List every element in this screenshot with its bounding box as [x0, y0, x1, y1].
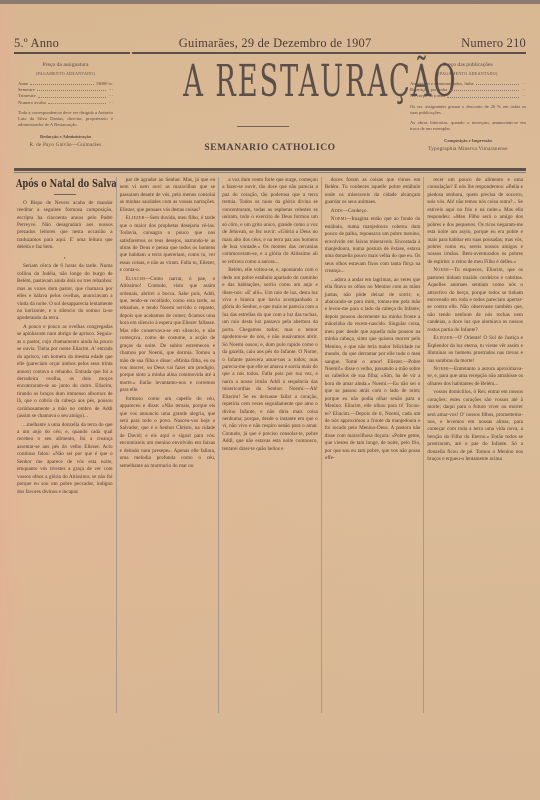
- article-paragraph: Noemi—Entretanto a aurora aproximava-se,…: [427, 366, 523, 388]
- price-label: No corpo do jornal: [410, 93, 445, 99]
- masthead-rule-thick: [14, 168, 526, 171]
- article-paragraph: doces foram as coisas que vimos em Belém…: [325, 177, 421, 207]
- leader-dots: [30, 81, 94, 85]
- article-title: Após o Natal do Salvador: [16, 177, 114, 190]
- subscription-title: Preço da assignatura: [18, 62, 113, 70]
- publications-note-literary: As obras litterarias, quando o mereçam, …: [410, 120, 526, 132]
- article-paragraph: Eliezer—Sem duvida, meu filho, é tarde q…: [120, 215, 216, 275]
- article-paragraph: O Bispo de Nevers acaba de mandar reedit…: [17, 200, 113, 252]
- newspaper-subtitle: SEMANARIO CATHOLICO: [130, 143, 410, 153]
- article-paragraph: Eliacim—Como narrar, ó pae, o Altíssimo!…: [120, 276, 216, 395]
- leader-dots: [447, 93, 520, 97]
- subscription-note: Toda a correspondencia deve ser dirigida…: [18, 110, 113, 129]
- article-column: a voz dum vento forte que surge, começou…: [219, 177, 322, 713]
- article-paragraph: formoso como um capello do céu, apparece…: [120, 396, 216, 470]
- price-row: No corpo do jornal···: [410, 93, 526, 99]
- title-divider: [54, 194, 76, 195]
- section-ornament: ▪: [17, 255, 113, 261]
- publications-box: Preço das publicações (PAGAMENTO ADEANTA…: [410, 62, 526, 153]
- subscription-subtitle: (PAGAMENTO ADEANTADO): [18, 71, 113, 76]
- price-value: ···: [108, 100, 113, 106]
- editorial-address: R. de Payo Galvão—Guimarães: [18, 142, 113, 149]
- speaker-name: Noemi: [433, 267, 448, 273]
- publications-title: Preço das publicações: [410, 62, 526, 70]
- article-columns: Após o Natal do SalvadorO Bispo de Never…: [14, 177, 526, 713]
- article-column: par de agradar ao Senhor. Mas, já que eu…: [117, 177, 220, 713]
- publications-price-list: Annuncios e communicados, linha···Repeti…: [410, 81, 526, 100]
- article-paragraph: ...adora a andar em lagrimas, ao veres q…: [325, 277, 421, 463]
- printing-label: Composição e Impressão: [410, 138, 526, 144]
- newspaper-page: 5.º Anno Guimarães, 29 de Dezembro de 19…: [0, 0, 540, 800]
- leader-dots: [37, 87, 107, 91]
- subscription-box: Preço da assignatura (PAGAMENTO ADEANTAD…: [18, 62, 113, 149]
- article-column: recer um pouco de alimento e uma consola…: [424, 177, 526, 713]
- article-paragraph: a voz dum vento forte que surge, começou…: [222, 177, 318, 266]
- speaker-name: Eliacim: [126, 276, 146, 282]
- editorial-office-label: Redacção e Administração: [18, 134, 113, 140]
- speaker-name: Noemi: [433, 366, 448, 372]
- printer-name: Typographia Minerva Vimaranense: [410, 146, 526, 153]
- issue-date: Guimarães, 29 de Dezembro de 1907: [179, 36, 372, 51]
- dateline-bar: 5.º Anno Guimarães, 29 de Dezembro de 19…: [14, 36, 526, 51]
- leader-dots: [38, 93, 107, 97]
- leader-dots: [449, 87, 519, 91]
- article-paragraph: Noemi—Tu esqueces, Eliacim, que os pasto…: [427, 267, 523, 334]
- issue-number: Numero 210: [461, 36, 526, 51]
- speaker-name: Noemi: [331, 216, 346, 222]
- article-paragraph: ...melhante a uma donzella da terra do q…: [17, 422, 113, 496]
- publications-note-discount: Os srs. assignantes gosam o desconto de …: [410, 104, 526, 116]
- article-paragraph: A pouco e pouco as ovelhas congregadas s…: [17, 324, 113, 421]
- article-paragraph: Seriam cêrca de 6 horas da tarde. Numa c…: [17, 263, 113, 323]
- price-value: ···: [521, 93, 526, 99]
- leader-dots: [476, 81, 520, 85]
- article-paragraph: Belém, elle voltou-se, e, apontando com …: [222, 267, 318, 453]
- subscription-price-list: Anno1$000 rs.Semestre···Trimestre···Nume…: [18, 81, 113, 106]
- article-column: Após o Natal do SalvadorO Bispo de Never…: [14, 177, 117, 713]
- year-label: 5.º Anno: [14, 36, 59, 51]
- article-paragraph: par de agradar ao Senhor. Mas, já que eu…: [120, 177, 216, 214]
- article-paragraph: Eliezer—O' Oriente! O Sol de Justiça e E…: [427, 335, 523, 365]
- article-column: doces foram as coisas que vimos em Belém…: [322, 177, 425, 713]
- masthead-rule-thin: [14, 172, 526, 173]
- title-rule: [237, 126, 289, 127]
- price-label: Numero avulso: [18, 100, 46, 106]
- speaker-name: Eliezer: [126, 215, 145, 221]
- price-row: Numero avulso···: [18, 100, 113, 106]
- article-paragraph: Noemi—Imagina então que ao fundo do está…: [325, 216, 421, 276]
- article-paragraph: Addi—Conheço.: [325, 208, 421, 215]
- scan-edge: [0, 0, 540, 4]
- article-paragraph: vossos domicilios, ó Rei; entrai em noss…: [427, 389, 523, 463]
- publications-subtitle: (PAGAMENTO ADEANTADO): [410, 71, 526, 76]
- speaker-name: Eliezer: [433, 335, 452, 341]
- leader-dots: [48, 100, 106, 104]
- speaker-name: Addi: [331, 208, 343, 214]
- dateline-rule: [14, 52, 526, 54]
- newspaper-title: A RESTAURAÇÃO: [183, 60, 357, 104]
- article-paragraph: recer um pouco de alimento e uma consola…: [427, 177, 523, 266]
